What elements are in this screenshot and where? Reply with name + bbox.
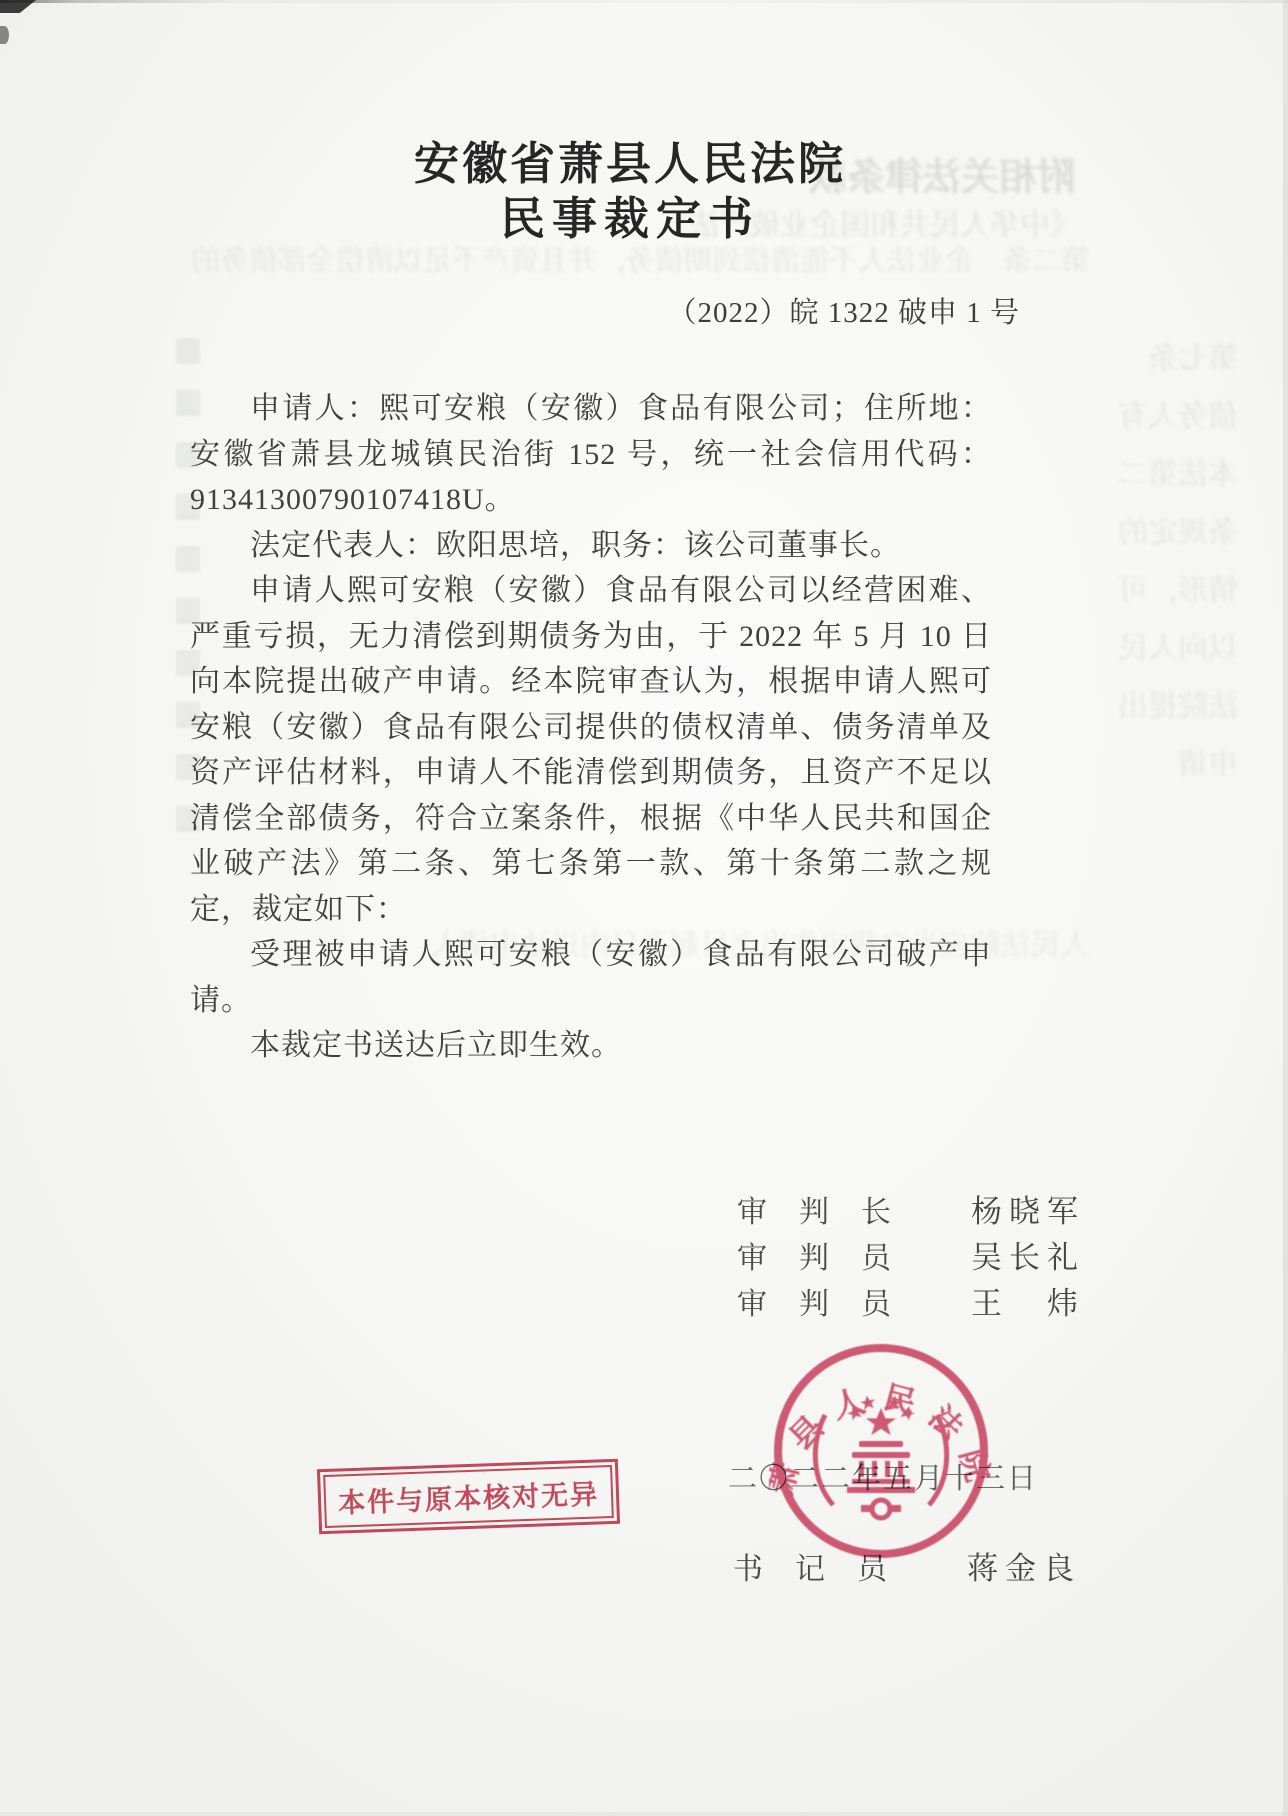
- judge-name: 吴长礼: [971, 1232, 1085, 1277]
- scan-right-edge: [1283, 0, 1288, 1816]
- judge-line: 审 判 长 杨晓军: [737, 1186, 1085, 1232]
- paragraph-legal-representative: 法定代表人：欧阳思培，职务：该公司董事长。: [190, 523, 992, 569]
- ruling-body: 申请人：熙可安粮（安徽）食品有限公司；住所地：安徽省萧县龙城镇民治街 152 号…: [190, 386, 992, 1069]
- judge-role: 审 判 员: [737, 1233, 899, 1277]
- paragraph-effectiveness: 本裁定书送达后立即生效。: [190, 1023, 992, 1069]
- scan-corner-dot: [0, 26, 9, 44]
- judge-role: 审 判 员: [737, 1279, 899, 1323]
- paragraph-applicant: 申请人：熙可安粮（安徽）食品有限公司；住所地：安徽省萧县龙城镇民治街 152 号…: [190, 386, 992, 523]
- judge-role: 审 判 长: [737, 1187, 899, 1231]
- bleedthrough-text: 第七条 债务人有本法第二条规定的情形，可以向人民法院提出申请: [1098, 330, 1238, 850]
- judge-line: 审 判 员 吴长礼: [737, 1232, 1085, 1278]
- scan-bottom-edge: [0, 1812, 1288, 1816]
- verification-stamp: 本件与原本核对无异: [317, 1459, 620, 1534]
- scan-top-edge: [0, 0, 1288, 3]
- paragraph-ruling: 受理被申请人熙可安粮（安徽）食品有限公司破产申请。: [190, 932, 992, 1023]
- case-number: （2022）皖 1322 破申 1 号: [620, 290, 1020, 331]
- document-header: 安徽省萧县人民法院 民事裁定书: [0, 136, 1260, 246]
- court-name: 安徽省萧县人民法院: [0, 136, 1260, 192]
- scan-corner-mark: [0, 0, 36, 13]
- paragraph-findings: 申请人熙可安粮（安徽）食品有限公司以经营困难、严重亏损，无力清偿到期债务为由，于…: [190, 568, 992, 932]
- document-page: 附相关法律条款 《中华人民共和国企业破产法》 第二条 企业法人不能清偿到期债务，…: [0, 0, 1288, 1816]
- judge-name: 杨晓军: [971, 1186, 1085, 1231]
- verification-stamp-text: 本件与原本核对无异: [323, 1465, 614, 1528]
- court-seal: 萧县人民法院: [769, 1339, 993, 1563]
- judge-line: 审 判 员 王 炜: [737, 1278, 1085, 1324]
- judge-name: 王 炜: [971, 1278, 1085, 1323]
- document-type-title: 民事裁定书: [0, 192, 1260, 246]
- signature-block: 审 判 长 杨晓军 审 判 员 吴长礼 审 判 员 王 炜: [737, 1186, 1085, 1324]
